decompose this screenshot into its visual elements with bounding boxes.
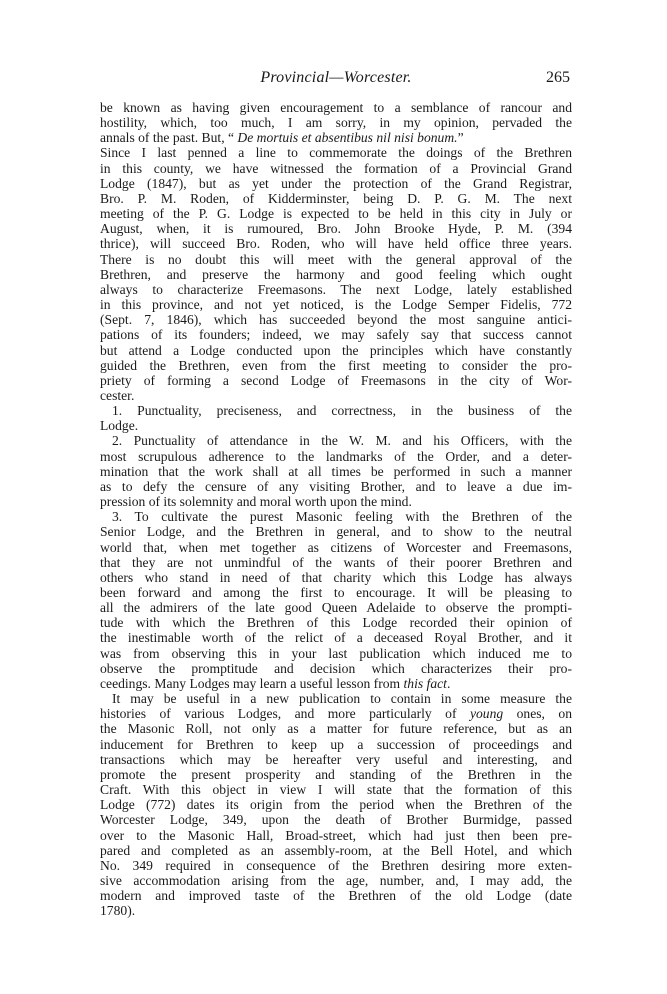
text-line: modern and improved taste of the Brethre…	[100, 888, 572, 903]
text-line: ceedings. Many Lodges may learn a useful…	[100, 676, 572, 691]
text-line: over to the Masonic Hall, Broad-street, …	[100, 828, 572, 843]
italic-text-run: young	[470, 706, 503, 721]
text-line: pations of its founders; indeed, we may …	[100, 327, 572, 342]
text-line: but attend a Lodge conducted upon the pr…	[100, 343, 572, 358]
text-run: ceedings. Many Lodges may learn a useful…	[100, 676, 404, 691]
book-page: Provincial—Worcester. 265 be known as ha…	[100, 64, 572, 918]
text-line: pared and completed as an assembly-room,…	[100, 843, 572, 858]
text-line: It may be useful in a new publication to…	[100, 691, 572, 706]
text-line: Lodge (772) dates its origin from the pe…	[100, 797, 572, 812]
text-line: transactions which may be hereafter very…	[100, 752, 572, 767]
text-line: thrice), will succeed Bro. Roden, who wi…	[100, 236, 572, 251]
text-line: was from observing this in your last pub…	[100, 646, 572, 661]
text-line: observe the promptitude and decision whi…	[100, 661, 572, 676]
italic-text-run: De mortuis et absentibus nil nisi bonum.	[237, 130, 457, 145]
text-line: inducement for Brethren to keep up a suc…	[100, 737, 572, 752]
text-line: most scrupulous adherence to the landmar…	[100, 449, 572, 464]
text-line: 2. Punctuality of attendance in the W. M…	[100, 433, 572, 448]
text-line: the inestimable worth of the relict of a…	[100, 630, 572, 645]
text-line: tude with which the Brethren of this Lod…	[100, 615, 572, 630]
body-text: be known as having given encouragement t…	[100, 100, 572, 918]
text-line: No. 349 required in consequence of the B…	[100, 858, 572, 873]
text-line: promote the present prosperity and stand…	[100, 767, 572, 782]
text-line: all the admirers of the late good Queen …	[100, 600, 572, 615]
text-line: There is no doubt this will meet with th…	[100, 252, 572, 267]
text-line: pression of its solemnity and moral wort…	[100, 494, 572, 509]
text-line: 1. Punctuality, preciseness, and correct…	[100, 403, 572, 418]
text-line: in this county, we have witnessed the fo…	[100, 161, 572, 176]
text-line: histories of various Lodges, and more pa…	[100, 706, 572, 721]
text-line: hostility, which, too much, I am sorry, …	[100, 115, 572, 130]
text-line: Since I last penned a line to commemorat…	[100, 145, 572, 160]
text-line: that they are not unmindful of the wants…	[100, 555, 572, 570]
text-line: priety of forming a second Lodge of Free…	[100, 373, 572, 388]
text-run: ”	[458, 130, 464, 145]
text-line: always to characterize Freemasons. The n…	[100, 282, 572, 297]
text-line: cester.	[100, 388, 572, 403]
text-run: ones, on	[503, 706, 572, 721]
text-line: the Masonic Roll, not only as a matter f…	[100, 721, 572, 736]
text-line: August, when, it is rumoured, Bro. John …	[100, 221, 572, 236]
text-line: guided the Brethren, even from the first…	[100, 358, 572, 373]
text-line: Lodge (1847), but as yet under the prote…	[100, 176, 572, 191]
text-line: (Sept. 7, 1846), which has succeeded bey…	[100, 312, 572, 327]
text-run: annals of the past. But, “	[100, 130, 237, 145]
text-line: sive accommodation arising from the age,…	[100, 873, 572, 888]
page-number: 265	[546, 69, 570, 87]
text-line: mination that the work shall at all time…	[100, 464, 572, 479]
text-line: Lodge.	[100, 418, 572, 433]
text-line: Senior Lodge, and the Brethren in genera…	[100, 524, 572, 539]
text-run: .	[447, 676, 450, 691]
text-line: as to defy the censure of any visiting B…	[100, 479, 572, 494]
text-line: be known as having given encouragement t…	[100, 100, 572, 115]
text-run: histories of various Lodges, and more pa…	[100, 706, 470, 721]
text-line: meeting of the P. G. Lodge is expected t…	[100, 206, 572, 221]
text-line: annals of the past. But, “ De mortuis et…	[100, 130, 572, 145]
text-line: 3. To cultivate the purest Masonic feeli…	[100, 509, 572, 524]
running-title: Provincial—Worcester.	[100, 69, 572, 87]
text-line: Bro. P. M. Roden, of Kidderminster, bein…	[100, 191, 572, 206]
running-head: Provincial—Worcester. 265	[100, 64, 572, 92]
text-line: Brethren, and preserve the harmony and g…	[100, 267, 572, 282]
text-line: 1780).	[100, 903, 572, 918]
text-line: in this province, and not yet noticed, i…	[100, 297, 572, 312]
text-line: been forward and among the first to enco…	[100, 585, 572, 600]
text-line: world that, when met together as citizen…	[100, 540, 572, 555]
italic-text-run: this fact	[404, 676, 447, 691]
text-line: Craft. With this object in view I will s…	[100, 782, 572, 797]
text-line: Worcester Lodge, 349, upon the death of …	[100, 812, 572, 827]
text-line: others who stand in need of that charity…	[100, 570, 572, 585]
